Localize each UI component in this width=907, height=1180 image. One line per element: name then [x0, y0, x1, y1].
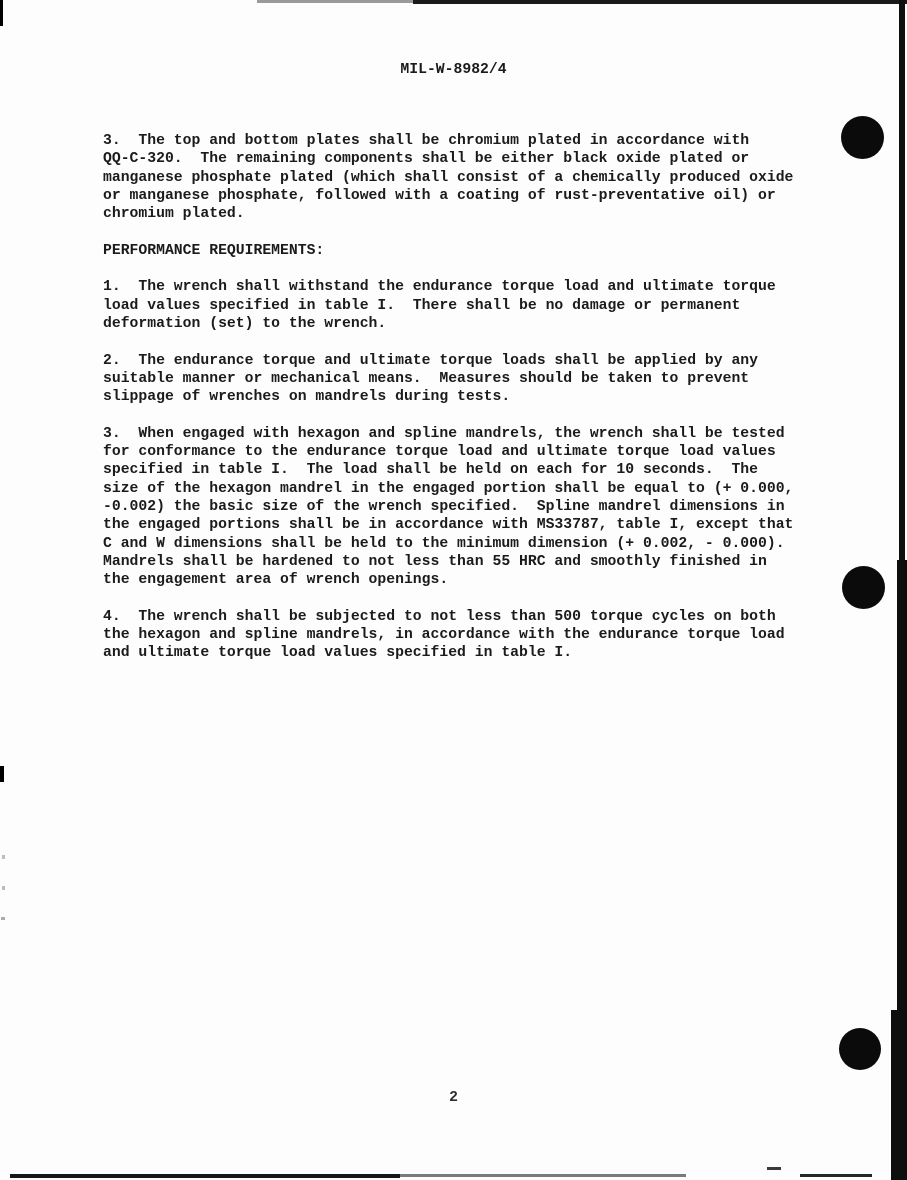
- scan-artifact-right-edge-middle: [897, 560, 907, 1010]
- scan-artifact-speck: [2, 855, 5, 859]
- scan-artifact-left-edge-tick: [0, 766, 4, 782]
- document-page: MIL-W-8982/4 3. The top and bottom plate…: [0, 0, 907, 1180]
- paragraph-plating-requirement: 3. The top and bottom plates shall be ch…: [103, 132, 815, 223]
- scan-artifact-top-line-dark: [413, 0, 907, 4]
- paragraph-requirement-3: 3. When engaged with hexagon and spline …: [103, 425, 815, 590]
- punch-hole-mark-middle: [842, 566, 885, 609]
- scan-artifact-top-left-tick: [0, 0, 3, 26]
- paragraph-requirement-4: 4. The wrench shall be subjected to not …: [103, 608, 815, 663]
- paragraph-requirement-1: 1. The wrench shall withstand the endura…: [103, 278, 815, 333]
- document-body: 3. The top and bottom plates shall be ch…: [103, 132, 815, 681]
- scan-artifact-bottom-dash: [767, 1167, 781, 1170]
- punch-hole-mark-bottom: [839, 1028, 881, 1070]
- scan-artifact-right-edge-upper: [899, 0, 905, 560]
- scan-artifact-bottom-line-grey: [400, 1174, 686, 1177]
- scan-artifact-bottom-line-dark: [10, 1174, 400, 1178]
- document-number-header: MIL-W-8982/4: [0, 61, 907, 79]
- scan-artifact-speck: [2, 886, 5, 890]
- scan-artifact-bottom-dash: [800, 1174, 872, 1177]
- punch-hole-mark-top: [841, 116, 884, 159]
- page-number: 2: [0, 1089, 907, 1107]
- section-heading-performance-requirements: PERFORMANCE REQUIREMENTS:: [103, 242, 815, 260]
- paragraph-requirement-2: 2. The endurance torque and ultimate tor…: [103, 352, 815, 407]
- scan-artifact-speck: [1, 917, 5, 920]
- scan-artifact-top-line-grey: [257, 0, 413, 3]
